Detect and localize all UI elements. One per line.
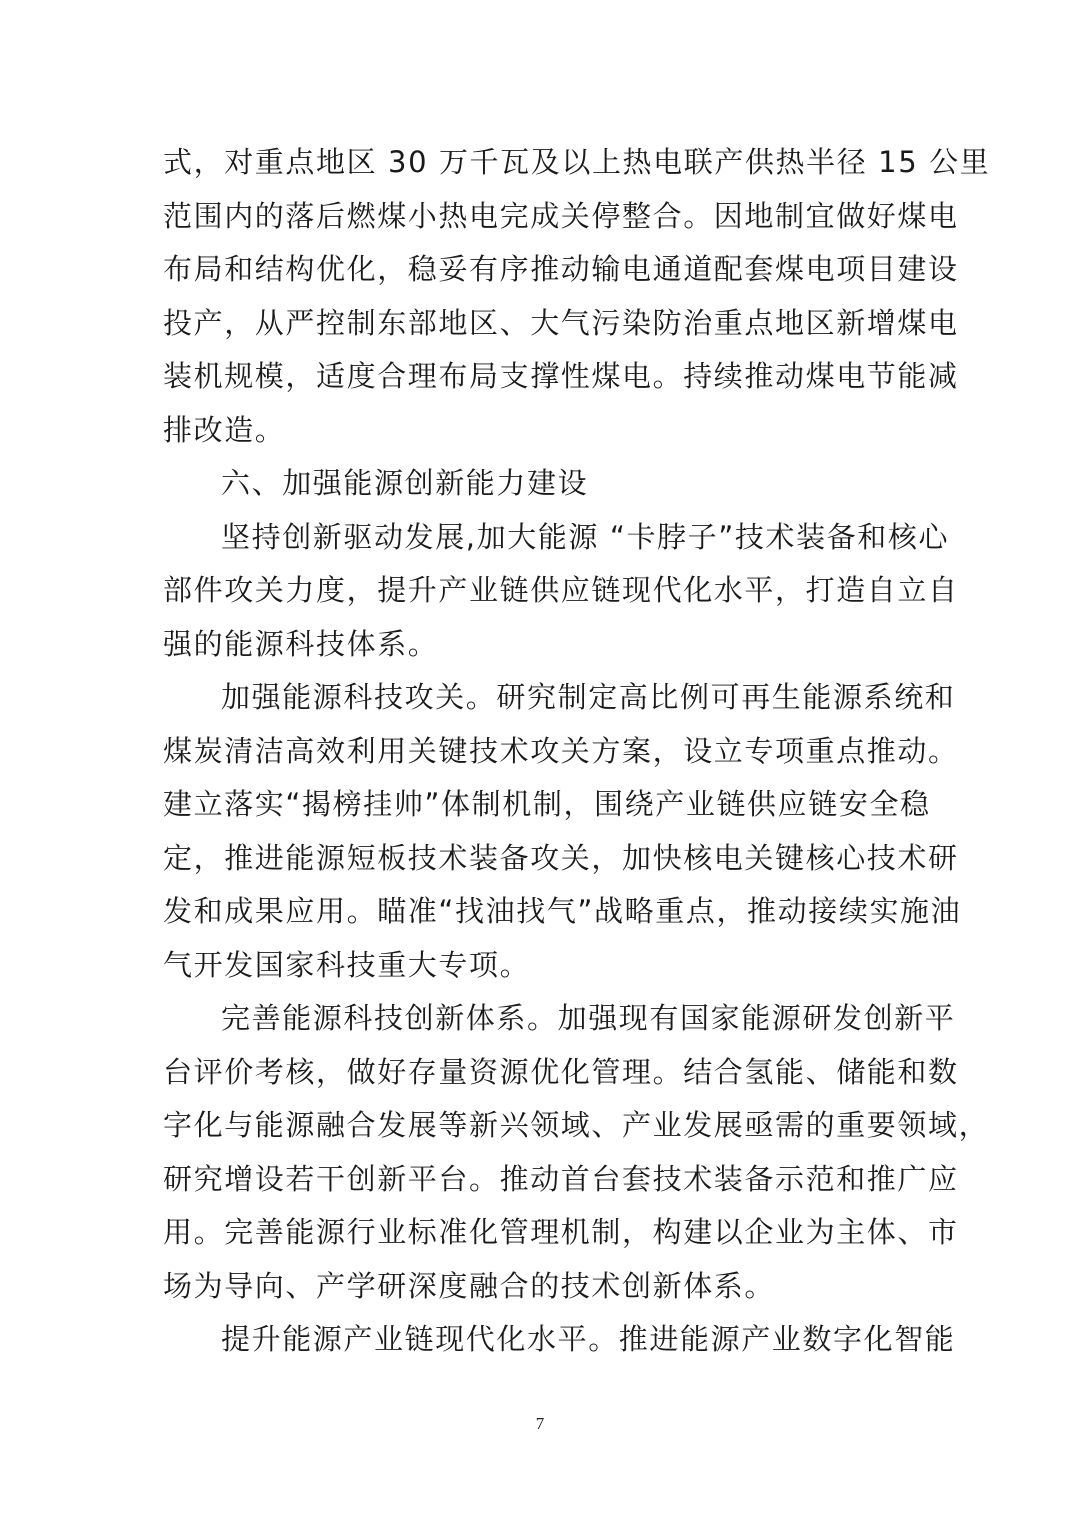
section-heading: 六、加强能源创新能力建设 [163, 457, 923, 511]
text-line: 发和成果应用。瞄准“找油找气”战略重点，推动接续实施油 [163, 885, 923, 939]
text-line: 范围内的落后燃煤小热电完成关停整合。因地制宜做好煤电 [163, 190, 923, 244]
text-line: 研究增设若干创新平台。推动首台套技术装备示范和推广应 [163, 1153, 923, 1207]
document-page: 式，对重点地区 30 万千瓦及以上热电联产供热半径 15 公里 范围内的落后燃煤… [0, 0, 1080, 1527]
page-number: 7 [0, 1414, 1080, 1434]
text-line: 投产，从严控制东部地区、大气污染防治重点地区新增煤电 [163, 297, 923, 351]
text-line: 加强能源科技攻关。研究制定高比例可再生能源系统和 [163, 671, 923, 725]
text-line: 布局和结构优化，稳妥有序推动输电通道配套煤电项目建设 [163, 243, 923, 297]
text-line: 装机规模，适度合理布局支撑性煤电。持续推动煤电节能减 [163, 350, 923, 404]
text-line: 完善能源科技创新体系。加强现有国家能源研发创新平 [163, 992, 923, 1046]
text-line: 建立落实“揭榜挂帅”体制机制，围绕产业链供应链安全稳 [163, 778, 923, 832]
text-line: 定，推进能源短板技术装备攻关，加快核电关键核心技术研 [163, 832, 923, 886]
text-line: 场为导向、产学研深度融合的技术创新体系。 [163, 1260, 923, 1314]
text-line: 用。完善能源行业标准化管理机制，构建以企业为主体、市 [163, 1206, 923, 1260]
text-line: 排改造。 [163, 404, 923, 458]
text-line: 式，对重点地区 30 万千瓦及以上热电联产供热半径 15 公里 [163, 136, 923, 190]
text-line: 煤炭清洁高效利用关键技术攻关方案，设立专项重点推动。 [163, 725, 923, 779]
text-line: 气开发国家科技重大专项。 [163, 939, 923, 993]
text-line: 部件攻关力度，提升产业链供应链现代化水平，打造自立自 [163, 564, 923, 618]
text-line: 坚持创新驱动发展,加大能源 “卡脖子”技术装备和核心 [163, 511, 923, 565]
text-line: 台评价考核，做好存量资源优化管理。结合氢能、储能和数 [163, 1046, 923, 1100]
text-line: 字化与能源融合发展等新兴领域、产业发展亟需的重要领域， [163, 1099, 923, 1153]
body-text: 式，对重点地区 30 万千瓦及以上热电联产供热半径 15 公里 范围内的落后燃煤… [163, 136, 923, 1367]
text-line: 提升能源产业链现代化水平。推进能源产业数字化智能 [163, 1313, 923, 1367]
text-line: 强的能源科技体系。 [163, 618, 923, 672]
